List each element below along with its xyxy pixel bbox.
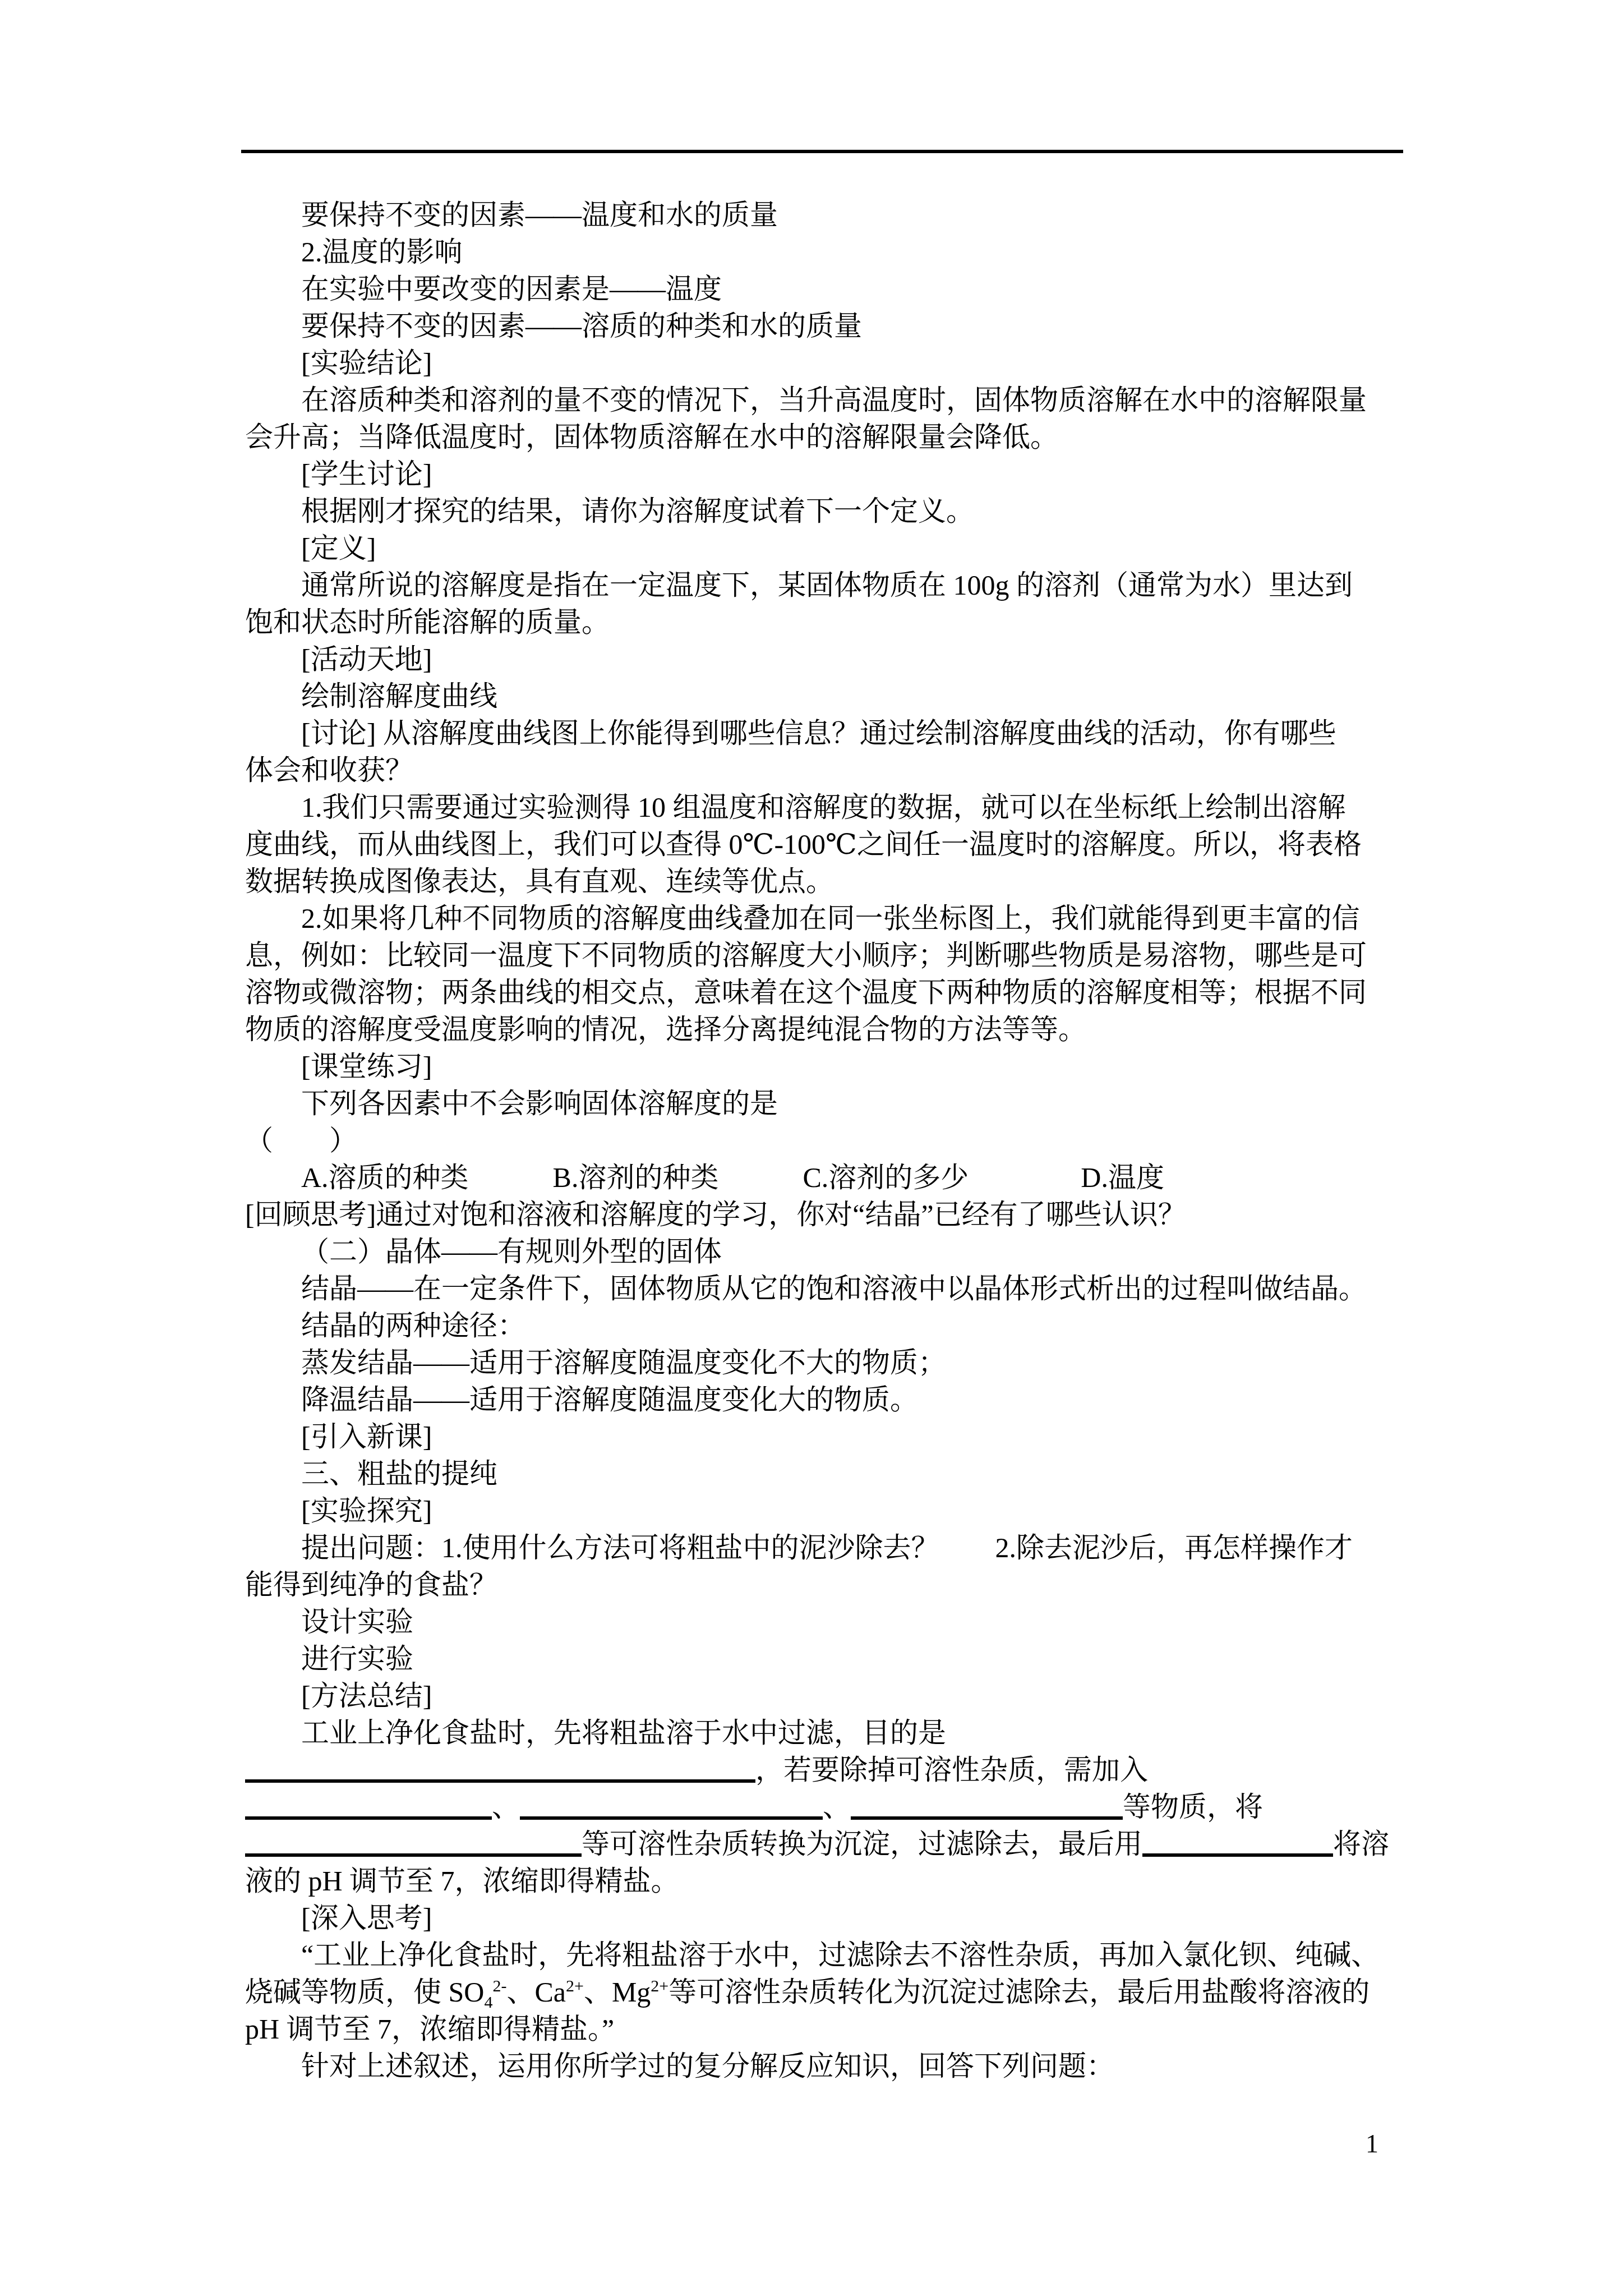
text-line: 通常所说的溶解度是指在一定温度下，某固体物质在 100g 的溶剂（通常为水）里达… bbox=[245, 567, 1406, 604]
blank-underline bbox=[520, 1815, 823, 1820]
superscript-text: 2+ bbox=[566, 1977, 584, 1995]
text-line: 下列各因素中不会影响固体溶解度的是 bbox=[245, 1085, 1406, 1122]
text-line: 能得到纯净的食盐？ bbox=[245, 1566, 1406, 1603]
text-line: “工业上净化食盐时，先将粗盐溶于水中，过滤除去不溶性杂质，再加入氯化钡、纯碱、 bbox=[245, 1936, 1406, 1973]
text-line: 烧碱等物质，使 SO42-、Ca2+、Mg2+等可溶性杂质转化为沉淀过滤除去，最… bbox=[245, 1973, 1406, 2010]
text-line: 饱和状态时所能溶解的质量。 bbox=[245, 604, 1406, 641]
subscript-text: 4 bbox=[484, 1993, 492, 2012]
text-line: 设计实验 bbox=[245, 1603, 1406, 1640]
text-line: 提出问题：1.使用什么方法可将粗盐中的泥沙除去？ 2.除去泥沙后，再怎样操作才 bbox=[245, 1529, 1406, 1566]
text-line: （ ） bbox=[245, 1122, 1406, 1159]
blank-underline bbox=[245, 1852, 582, 1857]
blank-underline bbox=[1142, 1852, 1333, 1857]
text-line: 液的 pH 调节至 7，浓缩即得精盐。 bbox=[245, 1862, 1406, 1899]
text-line: 、、等物质，将 bbox=[245, 1788, 1406, 1825]
text-line: [引入新课] bbox=[245, 1418, 1406, 1455]
text-line: 2.温度的影响 bbox=[245, 233, 1406, 270]
text-line: 在实验中要改变的因素是——温度 bbox=[245, 270, 1406, 307]
header-rule bbox=[241, 150, 1403, 153]
text-line: 会升高；当降低温度时，固体物质溶解在水中的溶解限量会降低。 bbox=[245, 418, 1406, 455]
text-line: 息，例如：比较同一温度下不同物质的溶解度大小顺序；判断哪些物质是易溶物，哪些是可 bbox=[245, 937, 1406, 974]
text-line: ，若要除掉可溶性杂质，需加入 bbox=[245, 1751, 1406, 1788]
text-line: [深入思考] bbox=[245, 1899, 1406, 1936]
document-body: 要保持不变的因素——温度和水的质量2.温度的影响在实验中要改变的因素是——温度要… bbox=[245, 196, 1406, 2085]
text-line: A.溶质的种类 B.溶剂的种类 C.溶剂的多少 D.温度 bbox=[245, 1159, 1406, 1196]
text-line: 数据转换成图像表达，具有直观、连续等优点。 bbox=[245, 863, 1406, 900]
page-number: 1 bbox=[1366, 2129, 1378, 2159]
blank-underline bbox=[245, 1778, 755, 1783]
text-line: [活动天地] bbox=[245, 641, 1406, 678]
text-line: 2.如果将几种不同物质的溶解度曲线叠加在同一张坐标图上，我们就能得到更丰富的信 bbox=[245, 900, 1406, 937]
text-line: 工业上净化食盐时，先将粗盐溶于水中过滤，目的是 bbox=[245, 1714, 1406, 1751]
text-line: 度曲线，而从曲线图上，我们可以查得 0℃-100℃之间任一温度时的溶解度。所以，… bbox=[245, 826, 1406, 863]
document-page: 要保持不变的因素——温度和水的质量2.温度的影响在实验中要改变的因素是——温度要… bbox=[0, 0, 1623, 2296]
text-line: 体会和收获？ bbox=[245, 752, 1406, 789]
blank-underline bbox=[851, 1815, 1123, 1820]
superscript-text: 2+ bbox=[651, 1977, 668, 1995]
text-line: 等可溶性杂质转换为沉淀，过滤除去，最后用将溶 bbox=[245, 1825, 1406, 1862]
blank-underline bbox=[245, 1815, 492, 1820]
text-line: （二）晶体——有规则外型的固体 bbox=[245, 1233, 1406, 1270]
text-line: 物质的溶解度受温度影响的情况，选择分离提纯混合物的方法等等。 bbox=[245, 1011, 1406, 1048]
text-line: [定义] bbox=[245, 530, 1406, 567]
text-line: [实验结论] bbox=[245, 344, 1406, 381]
text-line: [讨论] 从溶解度曲线图上你能得到哪些信息？通过绘制溶解度曲线的活动，你有哪些 bbox=[245, 715, 1406, 752]
text-line: [实验探究] bbox=[245, 1492, 1406, 1529]
text-line: 针对上述叙述，运用你所学过的复分解反应知识，回答下列问题： bbox=[245, 2047, 1406, 2085]
text-line: [回顾思考]通过对饱和溶液和溶解度的学习，你对“结晶”已经有了哪些认识？ bbox=[245, 1196, 1406, 1233]
superscript-text: 2- bbox=[492, 1977, 506, 1995]
text-line: 绘制溶解度曲线 bbox=[245, 678, 1406, 715]
text-line: 1.我们只需要通过实验测得 10 组温度和溶解度的数据，就可以在坐标纸上绘制出溶… bbox=[245, 789, 1406, 826]
text-line: [方法总结] bbox=[245, 1677, 1406, 1714]
text-line: 结晶的两种途径： bbox=[245, 1307, 1406, 1344]
text-line: 蒸发结晶——适用于溶解度随温度变化不大的物质； bbox=[245, 1344, 1406, 1381]
text-line: 要保持不变的因素——温度和水的质量 bbox=[245, 196, 1406, 233]
text-line: [课堂练习] bbox=[245, 1048, 1406, 1085]
text-line: 要保持不变的因素——溶质的种类和水的质量 bbox=[245, 307, 1406, 344]
text-line: pH 调节至 7，浓缩即得精盐。” bbox=[245, 2010, 1406, 2047]
text-line: 溶物或微溶物；两条曲线的相交点，意味着在这个温度下两种物质的溶解度相等；根据不同 bbox=[245, 974, 1406, 1011]
text-line: 降温结晶——适用于溶解度随温度变化大的物质。 bbox=[245, 1381, 1406, 1418]
text-line: 根据刚才探究的结果，请你为溶解度试着下一个定义。 bbox=[245, 493, 1406, 530]
text-line: 结晶——在一定条件下，固体物质从它的饱和溶液中以晶体形式析出的过程叫做结晶。 bbox=[245, 1270, 1406, 1307]
text-line: 在溶质种类和溶剂的量不变的情况下，当升高温度时，固体物质溶解在水中的溶解限量 bbox=[245, 381, 1406, 418]
text-line: 三、粗盐的提纯 bbox=[245, 1455, 1406, 1492]
text-line: 进行实验 bbox=[245, 1640, 1406, 1677]
text-line: [学生讨论] bbox=[245, 455, 1406, 493]
